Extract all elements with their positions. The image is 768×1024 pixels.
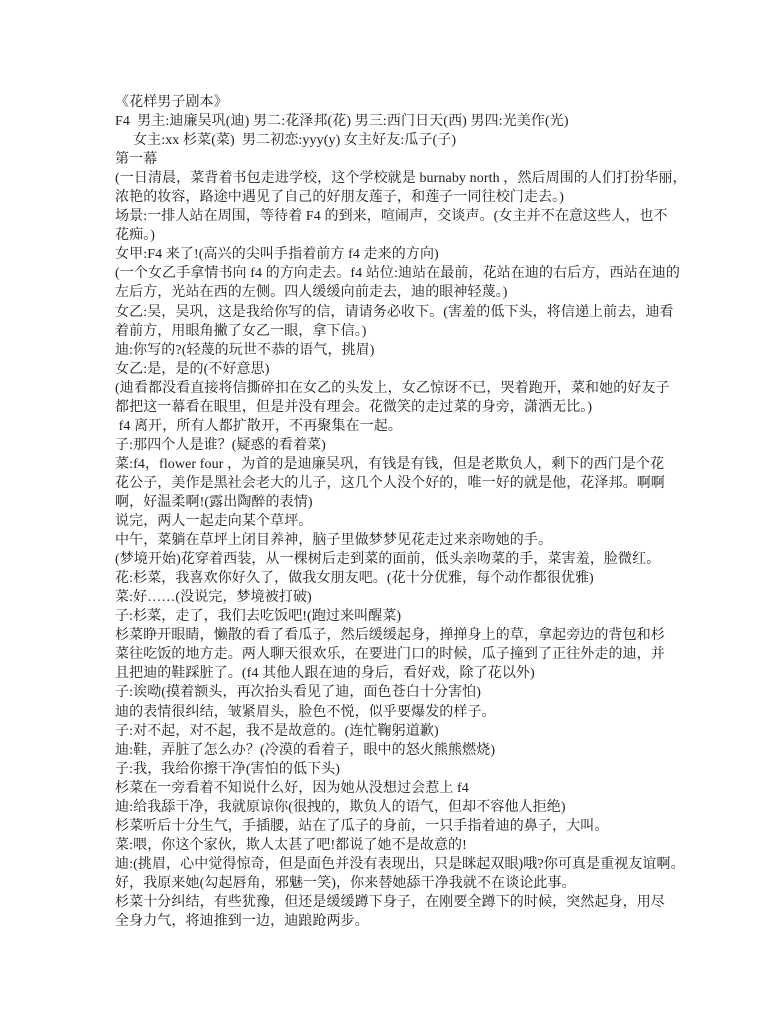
script-line: 菜:好……(没说完，梦境被打破)	[115, 588, 675, 607]
script-line: 第一幕	[115, 150, 675, 169]
script-line: 花痴。)	[115, 226, 675, 245]
script-line: 都把这一幕看在眼里，但是并没有理会。花微笑的走过菜的身旁，潇洒无比。)	[115, 398, 675, 417]
script-line: 迪的表情很纠结，皱紧眉头，脸色不悦，似乎要爆发的样子。	[115, 703, 675, 722]
script-line: 啊，好温柔啊!(露出陶醉的表情)	[115, 493, 675, 512]
script-line: 迪:(挑眉，心中觉得惊奇，但是面色并没有表现出，只是眯起双眼)哦?你可真是重视友…	[115, 855, 675, 874]
script-line: 左后方，光站在西的左侧。四人缓缓向前走去，迪的眼神轻蔑。)	[115, 283, 675, 302]
document-page: 《花样男子剧本》F4 男主:迪廉吴巩(迪) 男二:花泽邦(花) 男三:西门日天(…	[0, 0, 768, 1024]
script-line: 子:对不起，对不起，我不是故意的。(连忙鞠躬道歉)	[115, 722, 675, 741]
script-line: 子:那四个人是谁？(疑惑的看着菜)	[115, 436, 675, 455]
script-line: 浓艳的妆容，路途中遇见了自己的好朋友莲子，和莲子一同往校门走去。)	[115, 188, 675, 207]
script-line: 女甲:F4 来了!(高兴的尖叫手指着前方 f4 走来的方向)	[115, 245, 675, 264]
script-line: 着前方，用眼角撇了女乙一眼，拿下信。)	[115, 322, 675, 341]
script-line: 菜往吃饭的地方走。两人聊天很欢乐，在要进门口的时候，瓜子撞到了正往外走的迪，并	[115, 645, 675, 664]
script-line: 花:杉菜，我喜欢你好久了，做我女朋友吧。(花十分优雅，每个动作都很优雅)	[115, 569, 675, 588]
script-line: (一个女乙手拿情书向 f4 的方向走去。f4 站位:迪站在最前，花站在迪的右后方…	[115, 264, 675, 283]
document-title: 《花样男子剧本》	[115, 93, 675, 112]
script-line: (梦境开始)花穿着西装，从一棵树后走到菜的面前，低头亲吻菜的手，菜害羞，脸微红。	[115, 550, 675, 569]
script-line: 中午，菜躺在草坪上闭目养神，脑子里做梦梦见花走过来亲吻她的手。	[115, 531, 675, 550]
script-line: 花公子，美作是黑社会老大的儿子，这几个人没个好的，唯一好的就是他，花泽邦。啊啊	[115, 474, 675, 493]
script-line: (一日清晨，菜背着书包走进学校，这个学校就是 burnaby north ，然后…	[115, 169, 675, 188]
script-line: 杉菜睁开眼睛，懒散的看了看瓜子，然后缓缓起身，掸掸身上的草，拿起旁边的背包和杉	[115, 626, 675, 645]
script-text-block: 《花样男子剧本》F4 男主:迪廉吴巩(迪) 男二:花泽邦(花) 男三:西门日天(…	[115, 93, 675, 931]
script-line: 子:我，我给你擦干净(害怕的低下头)	[115, 760, 675, 779]
script-line: 好，我原来她(勾起唇角，邪魅一笑)，你来替她舔干净我就不在谈论此事。	[115, 874, 675, 893]
script-line: 菜:f4，flower four ，为首的是迪廉吴巩，有钱是有钱，但是老欺负人，…	[115, 455, 675, 474]
script-line: f4 离开，所有人都扩散开，不再聚集在一起。	[115, 417, 675, 436]
script-line: 说完，两人一起走向某个草坪。	[115, 512, 675, 531]
script-line: 且把迪的鞋踩脏了。(f4 其他人跟在迪的身后，看好戏，除了花以外)	[115, 664, 675, 683]
script-line: 全身力气，将迪推到一边，迪踉跄两步。	[115, 912, 675, 931]
script-line: 杉菜在一旁看着不知说什么好，因为她从没想过会惹上 f4	[115, 779, 675, 798]
script-line: 迪:给我舔干净，我就原谅你(很拽的，欺负人的语气，但却不容他人拒绝)	[115, 798, 675, 817]
script-line: 杉菜十分纠结，有些犹豫，但还是缓缓蹲下身子，在刚要全蹲下的时候，突然起身，用尽	[115, 893, 675, 912]
script-line: 杉菜听后十分生气，手插腰，站在了瓜子的身前，一只手指着迪的鼻子，大叫。	[115, 817, 675, 836]
script-line: 场景:一排人站在周围，等待着 F4 的到来，喧闹声，交谈声。(女主并不在意这些人…	[115, 207, 675, 226]
script-line: F4 男主:迪廉吴巩(迪) 男二:花泽邦(花) 男三:西门日天(西) 男四:光美…	[115, 112, 675, 131]
script-line: 女乙:是，是的(不好意思)	[115, 360, 675, 379]
script-line: 菜:喂，你这个家伙，欺人太甚了吧!都说了她不是故意的!	[115, 836, 675, 855]
script-line: 迪:你写的?(轻蔑的玩世不恭的语气，挑眉)	[115, 341, 675, 360]
script-line: 子:诶呦(摸着额头，再次抬头看见了迪，面色苍白十分害怕)	[115, 683, 675, 702]
script-line: (迪看都没看直接将信撕碎扣在女乙的头发上，女乙惊讶不已，哭着跑开，菜和她的好友子	[115, 379, 675, 398]
script-line: 女乙:吴，吴巩，这是我给你写的信，请请务必收下。(害羞的低下头，将信递上前去，迪…	[115, 303, 675, 322]
script-line: 女主:xx 杉菜(菜) 男二初恋:yyy(y) 女主好友:瓜子(子)	[115, 131, 675, 150]
script-line: 迪:鞋，弄脏了怎么办？(冷漠的看着子，眼中的怒火熊熊燃烧)	[115, 741, 675, 760]
script-line: 子:杉菜，走了，我们去吃饭吧!(跑过来叫醒菜)	[115, 607, 675, 626]
